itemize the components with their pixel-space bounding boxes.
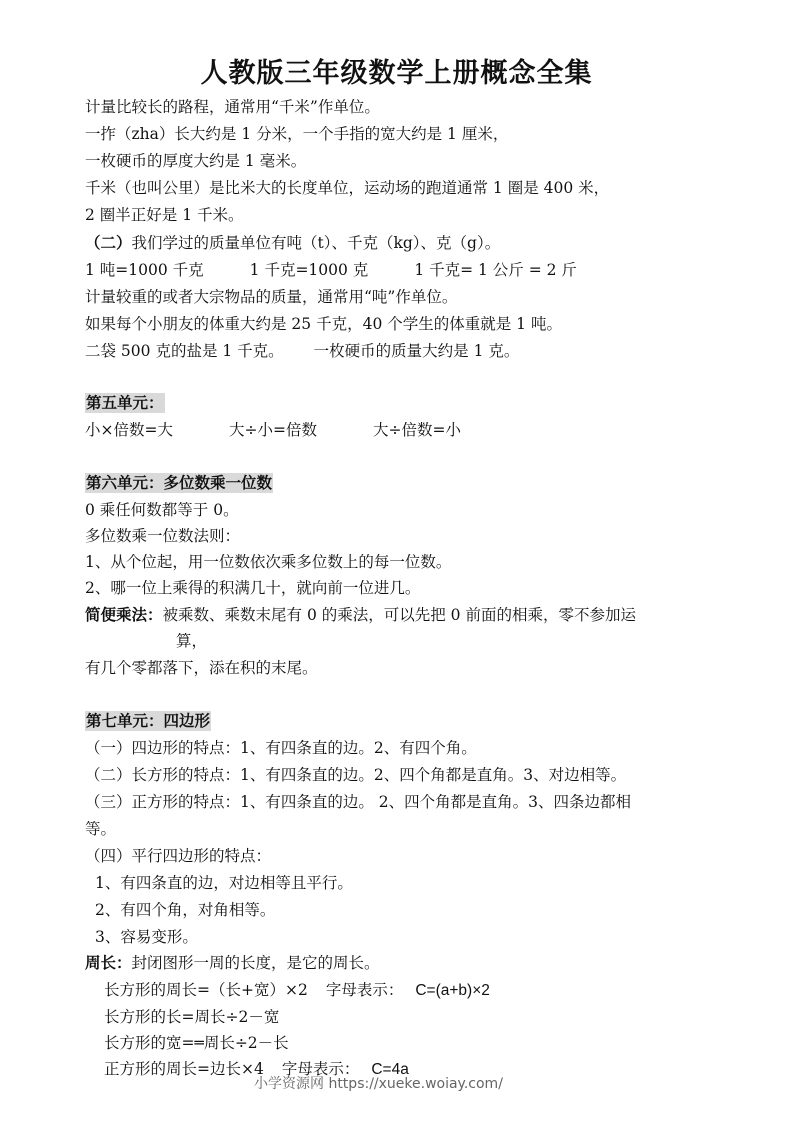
text-line: 一拃（zha）长大约是 1 分米，一个手指的宽大约是 1 厘米， bbox=[85, 123, 508, 145]
watermark: 小学资源网 https://xueke.woiay.com/ bbox=[254, 1073, 503, 1093]
text-line: 计量比较长的路程，通常用“千米”作单位。 bbox=[85, 96, 380, 118]
conversion-line: 1 吨=1000 千克1 千克=1000 克1 千克= 1 公斤 = 2 斤 bbox=[85, 259, 577, 281]
conversion: 1 千克=1000 克 bbox=[250, 261, 369, 279]
page-title: 人教版三年级数学上册概念全集 bbox=[0, 56, 793, 92]
shortcut-text: 被乘数、乘数末尾有 0 的乘法，可以先把 0 前面的相乘，零不参加运 bbox=[163, 606, 636, 624]
formula: 大÷小=倍数 bbox=[229, 421, 317, 439]
perimeter-label: 周长： bbox=[85, 954, 132, 972]
perimeter-def: 封闭图形一周的长度，是它的周长。 bbox=[132, 954, 380, 972]
text-line: 一枚硬币的厚度大约是 1 毫米。 bbox=[85, 150, 306, 172]
text-line: 等。 bbox=[85, 818, 116, 840]
text-line: 2、有四个角，对角相等。 bbox=[95, 899, 275, 921]
letter-formula: C=(a+b)×2 bbox=[415, 982, 490, 999]
conversion: 1 千克= 1 公斤 = 2 斤 bbox=[414, 261, 577, 279]
letter-label: 字母表示： bbox=[326, 981, 404, 999]
section-heading: 第七单元：四边形 bbox=[85, 711, 211, 731]
text-line: 1、从个位起，用一位数依次乘多位数上的每一位数。 bbox=[85, 551, 451, 573]
shortcut-line: 简便乘法：被乘数、乘数末尾有 0 的乘法，可以先把 0 前面的相乘，零不参加运 bbox=[85, 604, 636, 626]
formula-line: 长方形的长=周长÷2－宽 bbox=[104, 1006, 279, 1028]
mass-intro: （二）我们学过的质量单位有吨（t）、千克（kg）、克（g）。 bbox=[85, 232, 500, 254]
formula: 正方形的周长=边长×4 bbox=[104, 1060, 264, 1078]
formula-line: 长方形的宽=═周长÷2－长 bbox=[104, 1032, 289, 1054]
text-line: 0 乘任何数都等于 0。 bbox=[85, 499, 239, 521]
text-fragment: 二袋 500 克的盐是 1 千克。 bbox=[85, 342, 284, 360]
mass-intro-text: 我们学过的质量单位有吨（t）、千克（kg）、克（g）。 bbox=[132, 234, 501, 252]
shortcut-label: 简便乘法： bbox=[85, 606, 163, 624]
text-line: 计量较重的或者大宗物品的质量，通常用“吨”作单位。 bbox=[85, 286, 457, 308]
formula: 长方形的周长=（长+宽）×2 bbox=[104, 981, 308, 999]
text-line: （一）四边形的特点：1、有四条直的边。2、有四个角。 bbox=[85, 737, 477, 759]
formula: 小×倍数=大 bbox=[85, 421, 173, 439]
perimeter-line: 周长：封闭图形一周的长度，是它的周长。 bbox=[85, 952, 380, 974]
text-line: 2 圈半正好是 1 千米。 bbox=[85, 204, 244, 226]
text-line: （二）长方形的特点：1、有四条直的边。2、四个角都是直角。3、对边相等。 bbox=[85, 764, 626, 786]
text-line: （四）平行四边形的特点： bbox=[85, 845, 271, 867]
section-heading: 第五单元： bbox=[85, 393, 165, 413]
section-heading: 第六单元：多位数乘一位数 bbox=[85, 473, 273, 493]
section-label: （二） bbox=[85, 234, 132, 252]
text-fragment: 一枚硬币的质量大约是 1 克。 bbox=[314, 342, 520, 360]
formula-line: 长方形的周长=（长+宽）×2字母表示：C=(a+b)×2 bbox=[104, 979, 490, 1002]
text-line: 3、容易变形。 bbox=[95, 926, 198, 948]
text-line: 如果每个小朋友的体重大约是 25 千克，40 个学生的体重就是 1 吨。 bbox=[85, 313, 562, 335]
text-line: （三）正方形的特点：1、有四条直的边。 2、四个角都是直角。3、四条边都相 bbox=[85, 791, 631, 813]
text-line: 2、哪一位上乘得的积满几十，就向前一位进几。 bbox=[85, 577, 420, 599]
text-line: 多位数乘一位数法则： bbox=[85, 525, 240, 547]
formula-line: 小×倍数=大大÷小=倍数大÷倍数=小 bbox=[85, 419, 461, 441]
formula: 大÷倍数=小 bbox=[373, 421, 461, 439]
conversion: 1 吨=1000 千克 bbox=[85, 261, 204, 279]
text-line: 1、有四条直的边，对边相等且平行。 bbox=[95, 872, 353, 894]
text-line: 有几个零都落下，添在积的末尾。 bbox=[85, 657, 318, 679]
text-line: 二袋 500 克的盐是 1 千克。一枚硬币的质量大约是 1 克。 bbox=[85, 340, 519, 362]
text-line: 千米（也叫公里）是比米大的长度单位，运动场的跑道通常 1 圈是 400 米， bbox=[85, 177, 609, 199]
text-line: 算， bbox=[176, 630, 207, 652]
